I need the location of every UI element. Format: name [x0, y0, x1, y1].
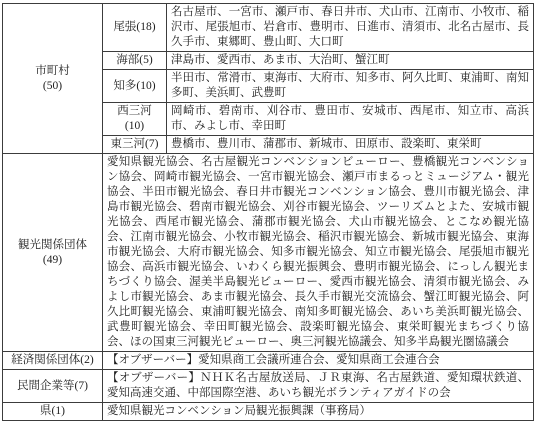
category-label: 経済関係団体(2): [11, 353, 93, 368]
sub-row-chita: 知多(10) 半田市、常滑市、東海市、大府市、知多市、阿久比町、東浦町、南知多町…: [103, 69, 533, 102]
region-label: 知多(10): [113, 79, 155, 94]
category-cell-tourism: 観光関係団体 (49): [3, 154, 103, 351]
table-row-prefecture: 県(1) 愛知県観光コンベンション局観光振興課（事務局）: [3, 402, 533, 420]
table-row-private-companies: 民間企業等(7) 【オブザーバー】ＮＨＫ名古屋放送局、ＪＲ東海、名古屋鉄道、愛知…: [3, 369, 533, 402]
member-list: 愛知県観光コンベンション局観光振興課（事務局）: [103, 403, 533, 420]
municipality-list: 津島市、愛西市、あま市、大治町、蟹江町: [167, 52, 533, 69]
table-row-economic-organizations: 経済関係団体(2) 【オブザーバー】愛知県商工会議所連合会、愛知県商工会連合会: [3, 351, 533, 369]
category-count: (49): [43, 253, 62, 268]
sub-row-nishimikawa: 西三河 (10) 岡崎市、碧南市、刈谷市、豊田市、安城市、西尾市、知立市、高浜市…: [103, 102, 533, 135]
municipality-list: 名古屋市、一宮市、瀬戸市、春日井市、犬山市、江南市、小牧市、稲沢市、尾張旭市、岩…: [167, 4, 533, 51]
category-label: 観光関係団体: [18, 238, 87, 253]
region-cell-higashimikawa: 東三河(7): [103, 136, 167, 153]
region-cell-nishimikawa: 西三河 (10): [103, 103, 167, 135]
table-row-municipalities: 市町村 (50) 尾張(18) 名古屋市、一宮市、瀬戸市、春日井市、犬山市、江南…: [3, 4, 533, 153]
member-table: 市町村 (50) 尾張(18) 名古屋市、一宮市、瀬戸市、春日井市、犬山市、江南…: [2, 3, 534, 421]
region-label: 西三河: [117, 104, 152, 119]
municipality-list: 半田市、常滑市、東海市、大府市、知多市、阿久比町、東浦町、南知多町、美浜町、武豊…: [167, 70, 533, 102]
region-label: 尾張(18): [113, 20, 155, 35]
table-row-tourism-organizations: 観光関係団体 (49) 愛知県観光協会、名古屋観光コンベンションビューロー、豊橋…: [3, 153, 533, 351]
region-subtable: 尾張(18) 名古屋市、一宮市、瀬戸市、春日井市、犬山市、江南市、小牧市、稲沢市…: [103, 4, 533, 153]
category-count: (50): [43, 79, 62, 94]
sub-row-higashimikawa: 東三河(7) 豊橋市、豊川市、蒲郡市、新城市、田原市、設楽町、東栄町: [103, 135, 533, 153]
category-cell-municipalities: 市町村 (50): [3, 4, 103, 153]
category-cell-prefecture: 県(1): [3, 403, 103, 420]
category-label: 県(1): [40, 404, 65, 419]
region-label: 東三河(7): [111, 137, 159, 152]
category-cell-private: 民間企業等(7): [3, 370, 103, 402]
sub-row-ama: 海部(5) 津島市、愛西市、あま市、大治町、蟹江町: [103, 51, 533, 69]
region-cell-chita: 知多(10): [103, 70, 167, 102]
region-label: 海部(5): [116, 53, 152, 68]
municipality-list: 豊橋市、豊川市、蒲郡市、新城市、田原市、設楽町、東栄町: [167, 136, 533, 153]
region-cell-owari: 尾張(18): [103, 4, 167, 51]
member-list: 【オブザーバー】ＮＨＫ名古屋放送局、ＪＲ東海、名古屋鉄道、愛知環状鉄道、愛知高速…: [103, 370, 533, 402]
sub-row-owari: 尾張(18) 名古屋市、一宮市、瀬戸市、春日井市、犬山市、江南市、小牧市、稲沢市…: [103, 4, 533, 51]
category-label: 市町村: [35, 64, 70, 79]
category-label: 民間企業等(7): [17, 379, 88, 394]
municipality-list: 岡崎市、碧南市、刈谷市、豊田市、安城市、西尾市、知立市、高浜市、みよし市、幸田町: [167, 103, 533, 135]
category-cell-economic: 経済関係団体(2): [3, 352, 103, 369]
member-list: 【オブザーバー】愛知県商工会議所連合会、愛知県商工会連合会: [103, 352, 533, 369]
region-cell-ama: 海部(5): [103, 52, 167, 69]
region-count: (10): [125, 119, 144, 134]
document-page: 市町村 (50) 尾張(18) 名古屋市、一宮市、瀬戸市、春日井市、犬山市、江南…: [0, 0, 536, 430]
member-list: 愛知県観光協会、名古屋観光コンベンションビューロー、豊橋観光コンベンション協会、…: [103, 154, 533, 351]
